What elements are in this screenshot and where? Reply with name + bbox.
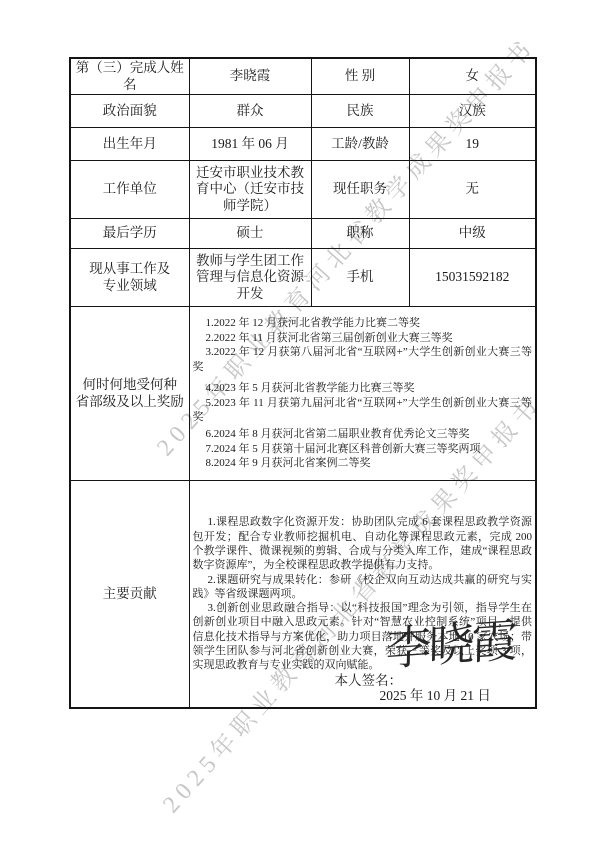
handwritten-signature: 李晓霞: [385, 618, 514, 673]
label-work-unit: 工作单位: [70, 161, 189, 219]
label-ethnicity: 民族: [311, 95, 409, 128]
row-contributions: 主要贡献 1.课程思政数字化资源开发：协助团队完成 6 套课程思政教学资源包开发…: [70, 481, 536, 709]
value-final-education: 硕士: [189, 219, 311, 249]
value-current-position: 无: [409, 161, 536, 219]
value-professional-title: 中级: [409, 219, 536, 249]
signature-label: 本人签名：: [335, 673, 403, 689]
document-page: 2025年职业教育河北省教学成果奖申报书 2025年职业教育河北省教学成果奖申报…: [0, 0, 600, 848]
label-final-education: 最后学历: [70, 219, 189, 249]
award-item: 3.2022 年 12 月获第八届河北省“互联网+”大学生创新创业大赛三等奖: [193, 345, 533, 374]
value-current-work-field: 教师与学生团工作 管理与信息化资源 开发: [189, 249, 311, 307]
label-mobile: 手机: [311, 249, 409, 307]
label-work-years: 工龄/教龄: [311, 128, 409, 161]
value-birth-date: 1981 年 06 月: [189, 128, 311, 161]
award-item: 2.2022 年 11 月获河北省第三届创新创业大赛三等奖: [193, 331, 533, 345]
value-ethnicity: 汉族: [409, 95, 536, 128]
signature-date: 2025 年 10 月 21 日: [380, 688, 491, 704]
value-work-unit: 迁安市职业技术教 育中心（迁安市技 师学院）: [189, 161, 311, 219]
row-birth-seniority: 出生年月 1981 年 06 月 工龄/教龄 19: [70, 128, 536, 161]
label-current-position: 现任职务: [311, 161, 409, 219]
label-birth-date: 出生年月: [70, 128, 189, 161]
contribution-paragraph: 2.课题研究与成果转化：参研《校企双向互动达成共赢的研究与实践》等省级课题两项。: [193, 573, 533, 602]
row-name-gender: 第（三）完成人姓 名 李晓霞 性 别 女: [70, 58, 536, 95]
label-completer-name: 第（三）完成人姓 名: [70, 58, 189, 95]
row-education-title: 最后学历 硕士 职称 中级: [70, 219, 536, 249]
award-item: 8.2024 年 9 月获河北省案例二等奖: [193, 456, 533, 470]
label-current-work-field: 现从事工作及 专业领域: [70, 249, 189, 307]
label-gender: 性 别: [311, 58, 409, 95]
label-professional-title: 职称: [311, 219, 409, 249]
value-completer-name: 李晓霞: [189, 58, 311, 95]
row-awards: 何时何地受何种 省部级及以上奖励 1.2022 年 12 月获河北省教学能力比赛…: [70, 307, 536, 481]
award-item: 4.2023 年 5 月获河北省教学能力比赛三等奖: [193, 381, 533, 395]
row-employer-position: 工作单位 迁安市职业技术教 育中心（迁安市技 师学院） 现任职务 无: [70, 161, 536, 219]
value-work-years: 19: [409, 128, 536, 161]
row-field-phone: 现从事工作及 专业领域 教师与学生团工作 管理与信息化资源 开发 手机 1503…: [70, 249, 536, 307]
value-political-status: 群众: [189, 95, 311, 128]
value-mobile: 15031592182: [409, 249, 536, 307]
value-gender: 女: [409, 58, 536, 95]
award-item: 5.2023 年 11 月获第九届河北省“互联网+”大学生创新创业大赛三等奖: [193, 396, 533, 425]
label-political-status: 政治面貌: [70, 95, 189, 128]
contribution-paragraph: 1.课程思政数字化资源开发：协助团队完成 6 套课程思政教学资源包开发；配合专业…: [193, 515, 533, 572]
row-politics-ethnicity: 政治面貌 群众 民族 汉族: [70, 95, 536, 128]
award-item: 6.2024 年 8 月获河北省第二届职业教育优秀论文三等奖: [193, 427, 533, 441]
award-item: 7.2024 年 5 月获第十届河北赛区科普创新大赛三等奖两项: [193, 442, 533, 456]
award-item: 1.2022 年 12 月获河北省教学能力比赛二等奖: [193, 316, 533, 330]
contributions-content: 1.课程思政数字化资源开发：协助团队完成 6 套课程思政教学资源包开发；配合专业…: [189, 481, 536, 709]
personnel-form-table: 第（三）完成人姓 名 李晓霞 性 别 女 政治面貌 群众 民族 汉族 出生年月 …: [69, 57, 537, 709]
awards-list: 1.2022 年 12 月获河北省教学能力比赛二等奖 2.2022 年 11 月…: [189, 307, 536, 481]
label-awards: 何时何地受何种 省部级及以上奖励: [70, 307, 189, 481]
label-main-contributions: 主要贡献: [70, 481, 189, 709]
